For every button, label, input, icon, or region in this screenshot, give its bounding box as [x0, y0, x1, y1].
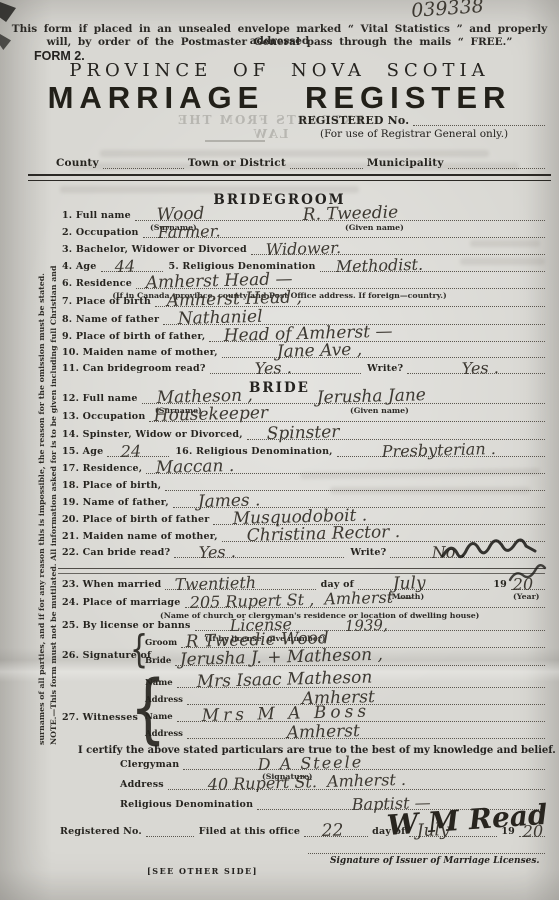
age-field: 44 [101, 258, 163, 272]
bridegroom-birthplace-line: 7. Place of birth Amherst Head , [62, 294, 545, 307]
clergyman-address-line: Address 40 Rupert St. Amherst . [120, 777, 545, 790]
field-number: 3. [62, 244, 72, 255]
section-divider-rule [28, 174, 551, 181]
when-married-line: 23. When married Twentieth day of July 1… [62, 577, 545, 590]
field-number: 6. [62, 278, 72, 289]
bride-status-line: 14. Spinster, Widow or Divorced, Spinste… [62, 427, 545, 440]
when-married-field: Twentieth [165, 576, 315, 590]
mother-name-field: Jane Ave , [222, 344, 545, 358]
field-number: 13. [62, 411, 79, 422]
bridegroom-status-line: 3. Bachelor, Widower or Divorced Widower… [62, 242, 545, 255]
clergyman-signature-field: D A Steele [183, 756, 545, 770]
margin-note-line2: surnames of all parties, and if for any … [36, 280, 48, 745]
clergyman-address-field: 40 Rupert St. Amherst . [168, 776, 545, 790]
bride-father-line: 19. Name of father, James . [62, 495, 545, 508]
write-label: Write? [361, 363, 407, 374]
handwriting-clergyman-signature: D A Steele [258, 754, 364, 773]
issuer-signature-line [308, 853, 545, 854]
address-label: Address [145, 695, 187, 705]
province-heading: PROVINCE OF NOVA SCOTIA [0, 60, 559, 81]
field-number: 4. [62, 261, 72, 272]
issuer-signature-caption: Signature of Issuer of Marriage Licenses… [330, 856, 540, 866]
field-label: Occupation [83, 411, 146, 422]
field-number: 19. [62, 497, 79, 508]
religion-field: Presbyterian . [337, 443, 545, 457]
marriage-register-scan: EXTRACTS FROM THE LAW 039338 This form i… [0, 0, 559, 900]
field-label: Residence [76, 278, 132, 289]
handwriting-license-number: 1939, [344, 618, 387, 634]
handwriting-value: Spinster [266, 424, 339, 443]
bride-signature-line: Bride Jerusha J. + Matheson , [145, 653, 545, 666]
filed-day-field: 22 [304, 823, 368, 837]
registered-no-line: REGISTERED No. [298, 113, 545, 126]
handwriting-value: Maccan . [156, 458, 235, 477]
location-line: County Town or District Municipality [56, 156, 545, 169]
handwriting-given-name: Jerusha Jane [316, 387, 426, 407]
see-other-side-note: [SEE OTHER SIDE] [147, 866, 258, 876]
bridegroom-occupation-line: 2. Occupation Farmer. [62, 225, 545, 238]
name-label: Name [145, 712, 177, 722]
registered-no-label: REGISTERED No. [298, 115, 413, 126]
field-number: 24. [62, 597, 79, 608]
filed-label: Filed at this office [194, 826, 304, 837]
father-birthplace-field: Head of Amherst — [209, 328, 545, 342]
denomination-label: Religious Denomination [120, 799, 257, 810]
field-label: When married [83, 579, 162, 590]
document-title: MARRIAGE REGISTER [0, 80, 559, 116]
handwriting-value: Yes . [254, 360, 291, 377]
scan-artifact [0, 2, 16, 22]
registered-no-field [413, 112, 545, 126]
field-label: Full name [76, 210, 131, 221]
read-field: Yes . [174, 544, 344, 558]
handwriting-value: 205 Rupert St , Amherst — [189, 589, 414, 611]
witness2-address-field: Amherst [187, 725, 545, 739]
place-of-marriage-field: 205 Rupert St , Amherst — [185, 594, 546, 608]
field-number: 21. [62, 531, 79, 542]
field-label: Place of birth, [83, 480, 162, 491]
handwriting-witness-address: Amherst [287, 723, 361, 742]
bridegroom-residence-line: 6. Residence Amherst Head — [62, 276, 545, 289]
handwriting-bride-signature: Jerusha J. + Matheson , [180, 647, 384, 669]
field-number: 17. [62, 463, 79, 474]
full-name-field: Matheson , Jerusha Jane [142, 390, 545, 404]
field-number: 20. [62, 514, 79, 525]
field-label: Bachelor, Widower or Divorced [76, 244, 247, 255]
municipality-field [448, 155, 545, 169]
year-field: 20 [511, 576, 545, 590]
name-label: Name [145, 678, 177, 688]
field-label: Residence, [83, 463, 143, 474]
field-number: 25. [62, 620, 79, 631]
handwriting-value: Widower. [265, 240, 341, 258]
field-number: 15. [62, 446, 79, 457]
handwriting-value: Methodist. [335, 257, 423, 275]
margin-note: surnames of all parties, and if for any … [36, 280, 60, 745]
handwriting-value: Farmer. [157, 223, 220, 241]
status-field: Spinster [247, 426, 545, 440]
read-field: Yes . [210, 360, 362, 374]
field-number: 27. [62, 712, 79, 723]
handwriting-year: 20 [513, 576, 534, 593]
clergyman-line: Clergyman D A Steele [120, 757, 545, 770]
bride-birthplace-line: 18. Place of birth, [62, 478, 545, 491]
county-field [103, 155, 184, 169]
field-label: Place of birth [76, 296, 151, 307]
witness1-name-line: Name Mrs Isaac Matheson [145, 675, 545, 688]
registered-no-field [146, 823, 194, 837]
field-number: 5. [169, 261, 179, 272]
bridegroom-mother-line: 10. Maiden name of mother, Jane Ave , [62, 345, 545, 358]
handwriting-value: Yes . [199, 544, 236, 561]
bride-full-name-line: 12. Full name Matheson , Jerusha Jane [62, 391, 545, 404]
bridegroom-father-birthplace-line: 9. Place of birth of father, Head of Amh… [62, 329, 545, 342]
field-label: Maiden name of mother, [83, 347, 218, 358]
field-label: Name of father, [83, 497, 169, 508]
bride-signature-field: Jerusha J. + Matheson , [175, 652, 545, 666]
field-number: 8. [62, 314, 72, 325]
bridegroom-age-religion-line: 4. Age 44 5. Religious Denomination Meth… [62, 259, 545, 272]
write-field: Yes . [407, 360, 545, 374]
field-number: 18. [62, 480, 79, 491]
bridegroom-heading: BRIDEGROOM [0, 192, 559, 208]
bridegroom-literacy-line: 11. Can bridegroom read? Yes . Write? Ye… [62, 361, 545, 374]
bride-father-birthplace-line: 20. Place of birth of father Musquodoboi… [62, 512, 545, 525]
birthplace-field: Amherst Head , [155, 293, 545, 307]
field-number: 16. [175, 446, 192, 457]
bride-residence-line: 17. Residence, Maccan . [62, 461, 545, 474]
field-label: Age [76, 261, 97, 272]
field-label: Place of birth of father [83, 514, 210, 525]
handwriting-given-name: R. Tweedie [302, 205, 398, 224]
witness1-name-field: Mrs Isaac Matheson [177, 674, 545, 688]
field-number: 9. [62, 331, 72, 342]
bride-occupation-line: 13. Occupation Housekeeper [62, 409, 545, 422]
field-label: Maiden name of mother, [83, 531, 218, 542]
mailing-notice-line2: will, by order of the Postmaster General… [0, 36, 559, 48]
witness2-name-field: Mrs M A Boss [177, 708, 545, 722]
residence-field: Maccan . [146, 460, 545, 474]
year-prefix: 19 [489, 579, 511, 590]
field-number: 11. [62, 363, 79, 374]
town-label: Town or District [184, 158, 290, 169]
field-label: Spinster, Widow or Divorced, [83, 429, 243, 440]
field-number: 2. [62, 227, 72, 238]
field-number: 23. [62, 579, 79, 590]
birthplace-field [165, 477, 545, 491]
religion-field: Methodist. [320, 258, 545, 272]
status-field: Widower. [251, 241, 545, 255]
field-label: Age [83, 446, 104, 457]
field-number: 22. [62, 547, 79, 558]
write-label: Write? [344, 547, 390, 558]
field-label: Full name [83, 393, 138, 404]
field-label: Can bridegroom read? [83, 363, 206, 374]
field-number: 12. [62, 393, 79, 404]
place-of-marriage-line: 24. Place of marriage 205 Rupert St , Am… [62, 595, 545, 608]
handwriting-value: Housekeeper [154, 405, 269, 425]
handwriting-day: 22 [322, 822, 344, 840]
document-number: 039338 [411, 0, 485, 21]
bride-age-religion-line: 15. Age 24 16. Religious Denomination, P… [62, 444, 545, 457]
bridegroom-full-name-line: 1. Full name Wood R. Tweedie [62, 208, 545, 221]
witness2-address-line: Address Amherst [145, 726, 545, 739]
occupation-field: Farmer. [143, 224, 545, 238]
field-number: 26. [62, 650, 79, 661]
full-name-field: Wood R. Tweedie [135, 207, 545, 221]
field-label: Occupation [76, 227, 139, 238]
handwriting-address: 40 Rupert St. Amherst . [207, 772, 406, 793]
license-field: License 1939, [195, 617, 545, 631]
field-label: Can bride read? [83, 547, 171, 558]
field-number: 7. [62, 296, 72, 307]
registrar-only-note: (For use of Registrar General only.) [320, 128, 508, 140]
handwriting-value: 24 [121, 443, 142, 460]
field-label: Place of marriage [83, 597, 181, 608]
handwriting-value: Yes . [462, 360, 499, 377]
address-label: Address [145, 729, 187, 739]
handwriting-value: Twentieth [175, 575, 257, 593]
occupation-field: Housekeeper [149, 408, 545, 422]
handwriting-value: Christina Rector . [246, 524, 400, 545]
registered-no-label: Registered No. [60, 826, 146, 837]
field-number: 14. [62, 429, 79, 440]
age-field: 24 [107, 443, 169, 457]
address-label: Address [120, 779, 168, 790]
handwriting-value: Presbyterian . [381, 441, 495, 460]
bleed-rule [205, 140, 265, 142]
field-number: 1. [62, 210, 72, 221]
municipality-label: Municipality [363, 158, 448, 169]
witness2-name-line: Name Mrs M A Boss [145, 709, 545, 722]
county-label: County [56, 158, 103, 169]
clergyman-label: Clergyman [120, 759, 183, 770]
groom-label: Groom [145, 638, 181, 648]
margin-note-line1: NOTE.—This form must not be mutilated. A… [48, 280, 60, 745]
field-label: Name of father [76, 314, 159, 325]
residence-field: Amherst Head — [136, 275, 545, 289]
field-number: 10. [62, 347, 79, 358]
town-field [290, 155, 363, 169]
field-label: Religious Denomination, [196, 446, 333, 457]
field-label: Place of birth of father, [76, 331, 206, 342]
handwriting-value: 44 [114, 258, 135, 275]
